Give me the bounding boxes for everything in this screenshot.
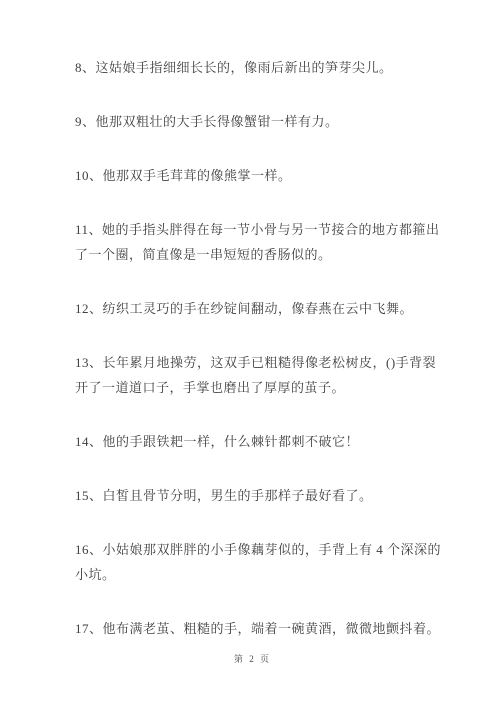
paragraph: 14、他的手跟铁耙一样，什么棘针都刺不破它！ [75, 429, 430, 454]
paragraph-line: 10、他那双手毛茸茸的像熊掌一样。 [75, 163, 430, 188]
paragraph-line: 12、纺织工灵巧的手在纱锭间翻动，像春燕在云中飞舞。 [75, 296, 430, 321]
paragraph-line: 14、他的手跟铁耙一样，什么棘针都刺不破它！ [75, 429, 430, 454]
paragraph-line: 16、小姑娘那双胖胖的小手像藕芽似的，手背上有 4 个深深的 [75, 537, 430, 562]
paragraph-line: 15、白皙且骨节分明，男生的手那样子最好看了。 [75, 483, 430, 508]
paragraph-line: 17、他布满老茧、粗糙的手，端着一碗黄酒，微微地颤抖着。 [75, 616, 430, 641]
paragraph: 11、她的手指头胖得在每一节小骨与另一节接合的地方都箍出了一个圈，简直像是一串短… [75, 217, 430, 267]
paragraph: 10、他那双手毛茸茸的像熊掌一样。 [75, 163, 430, 188]
paragraph: 13、长年累月地操劳，这双手已粗糙得像老松树皮，()手背裂开了一道道口子，手掌也… [75, 350, 430, 400]
paragraph-list: 8、这姑娘手指细细长长的，像雨后新出的笋芽尖儿。9、他那双粗壮的大手长得像蟹钳一… [75, 55, 430, 641]
paragraph: 9、他那双粗壮的大手长得像蟹钳一样有力。 [75, 109, 430, 134]
document-page: 8、这姑娘手指细细长长的，像雨后新出的笋芽尖儿。9、他那双粗壮的大手长得像蟹钳一… [0, 0, 500, 708]
paragraph: 8、这姑娘手指细细长长的，像雨后新出的笋芽尖儿。 [75, 55, 430, 80]
paragraph-line: 13、长年累月地操劳，这双手已粗糙得像老松树皮，()手背裂 [75, 350, 430, 375]
page-footer: 第 2 页 [75, 649, 430, 667]
paragraph-line: 了一个圈，简直像是一串短短的香肠似的。 [75, 242, 430, 267]
paragraph: 12、纺织工灵巧的手在纱锭间翻动，像春燕在云中飞舞。 [75, 296, 430, 321]
paragraph-line: 开了一道道口子，手掌也磨出了厚厚的茧子。 [75, 375, 430, 400]
paragraph-line: 9、他那双粗壮的大手长得像蟹钳一样有力。 [75, 109, 430, 134]
paragraph-line: 11、她的手指头胖得在每一节小骨与另一节接合的地方都箍出 [75, 217, 430, 242]
paragraph: 17、他布满老茧、粗糙的手，端着一碗黄酒，微微地颤抖着。 [75, 616, 430, 641]
page-number-label: 第 2 页 [234, 654, 271, 664]
paragraph: 15、白皙且骨节分明，男生的手那样子最好看了。 [75, 483, 430, 508]
paragraph: 16、小姑娘那双胖胖的小手像藕芽似的，手背上有 4 个深深的小坑。 [75, 537, 430, 587]
paragraph-line: 小坑。 [75, 562, 430, 587]
paragraph-line: 8、这姑娘手指细细长长的，像雨后新出的笋芽尖儿。 [75, 55, 430, 80]
